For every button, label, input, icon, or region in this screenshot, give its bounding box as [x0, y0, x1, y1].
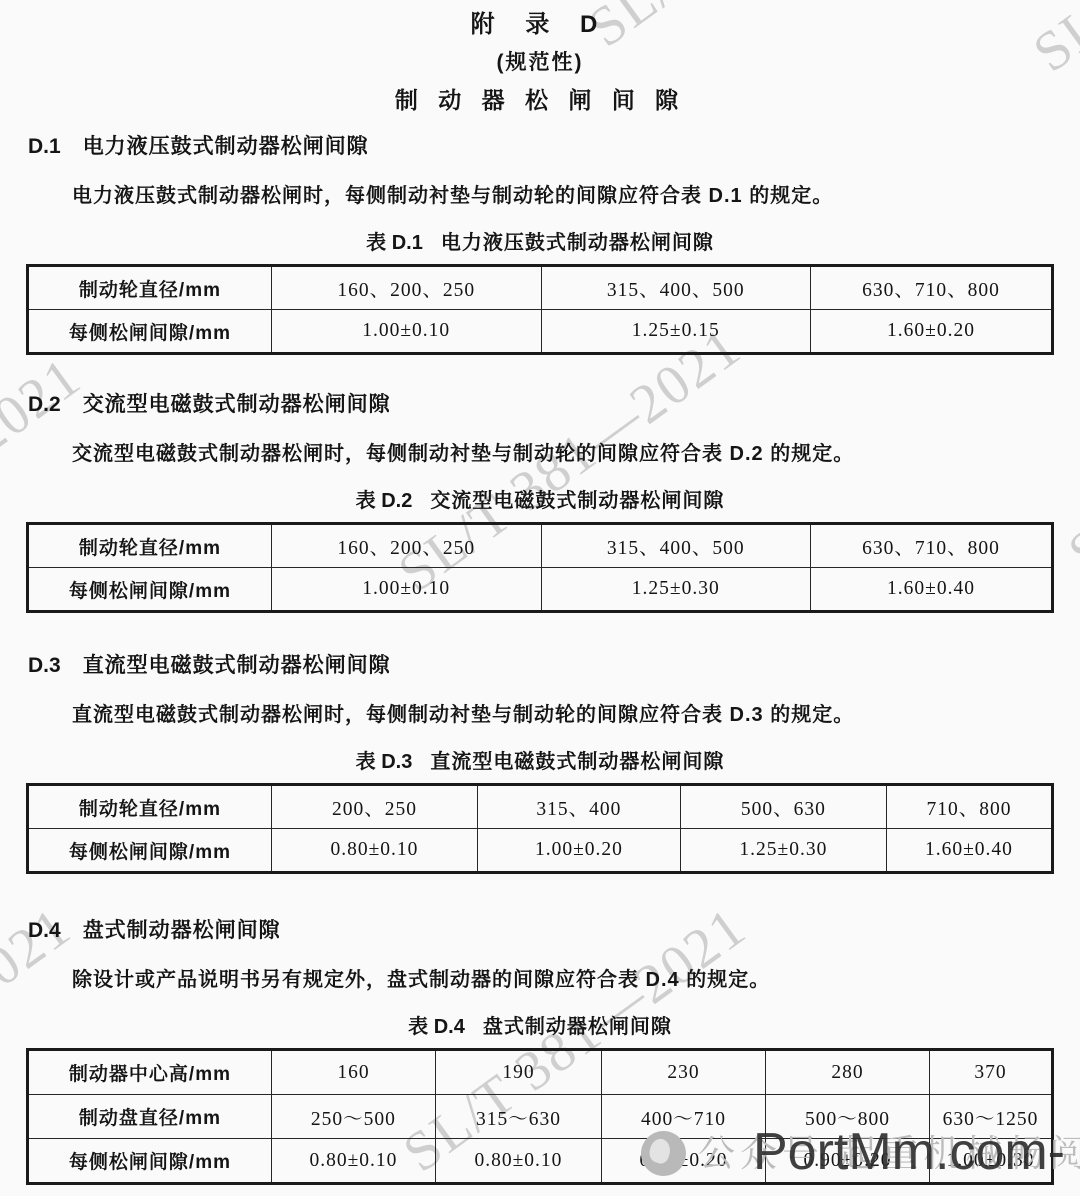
section-title: 直流型电磁鼓式制动器松闸间隙: [83, 654, 391, 677]
site-watermark: PortMm.com-: [753, 1122, 1065, 1182]
row-header-cell: 制动轮直径/mm: [28, 266, 272, 310]
row-header-cell: 每侧松闸间隙/mm: [28, 568, 272, 612]
table-row: 制动器中心高/mm 160 190 230 280 370: [28, 1050, 1053, 1095]
row-header-cell: 制动轮直径/mm: [28, 524, 272, 568]
section-d3: D.3直流型电磁鼓式制动器松闸间隙 直流型电磁鼓式制动器松闸时，每侧制动衬垫与制…: [0, 653, 1080, 874]
section-title: 交流型电磁鼓式制动器松闸间隙: [83, 393, 391, 416]
value-cell: 0.80±0.10: [435, 1139, 601, 1184]
section-heading: D.3直流型电磁鼓式制动器松闸间隙: [28, 653, 1052, 678]
section-paragraph: 交流型电磁鼓式制动器松闸时，每侧制动衬垫与制动轮的间隙应符合表 D.2 的规定。: [28, 442, 1052, 466]
section-number: D.1: [28, 135, 61, 158]
value-cell: 230: [601, 1050, 765, 1095]
value-cell: 370: [929, 1050, 1052, 1095]
section-heading: D.1电力液压鼓式制动器松闸间隙: [28, 134, 1052, 159]
section-number: D.2: [28, 393, 61, 416]
appendix-label: 附 录 D: [0, 10, 1080, 39]
value-cell: 1.25±0.15: [541, 310, 811, 354]
value-cell: 250～500: [271, 1095, 435, 1139]
table-row: 制动轮直径/mm 200、250 315、400 500、630 710、800: [28, 785, 1053, 829]
section-title: 电力液压鼓式制动器松闸间隙: [83, 135, 369, 158]
value-cell: 1.60±0.20: [811, 310, 1053, 354]
value-cell: 630、710、800: [811, 266, 1053, 310]
section-paragraph: 电力液压鼓式制动器松闸时，每侧制动衬垫与制动轮的间隙应符合表 D.1 的规定。: [28, 184, 1052, 208]
value-cell: 160、200、250: [271, 524, 541, 568]
table-caption-label: 表 D.2: [356, 490, 413, 512]
table-caption: 表 D.2交流型电磁鼓式制动器松闸间隙: [0, 489, 1080, 513]
value-cell: 1.25±0.30: [680, 829, 886, 873]
row-header-cell: 每侧松闸间隙/mm: [28, 310, 272, 354]
value-cell: 0.80±0.10: [271, 829, 477, 873]
value-cell: 710、800: [886, 785, 1052, 829]
value-cell: 1.60±0.40: [886, 829, 1052, 873]
value-cell: 160、200、250: [271, 266, 541, 310]
table-caption-label: 表 D.1: [366, 232, 423, 254]
table-caption-label: 表 D.3: [356, 751, 413, 773]
table-d3: 制动轮直径/mm 200、250 315、400 500、630 710、800…: [26, 783, 1054, 874]
normative-label: (规范性): [0, 50, 1080, 75]
table-caption: 表 D.4盘式制动器松闸间隙: [0, 1015, 1080, 1039]
value-cell: 1.25±0.30: [541, 568, 811, 612]
table-row: 每侧松闸间隙/mm 0.80±0.10 1.00±0.20 1.25±0.30 …: [28, 829, 1053, 873]
table-caption: 表 D.3直流型电磁鼓式制动器松闸间隙: [0, 750, 1080, 774]
table-caption-label: 表 D.4: [408, 1016, 465, 1038]
value-cell: 1.00±0.20: [477, 829, 680, 873]
table-caption: 表 D.1电力液压鼓式制动器松闸间隙: [0, 231, 1080, 255]
row-header-cell: 制动器中心高/mm: [28, 1050, 272, 1095]
table-caption-title: 直流型电磁鼓式制动器松闸间隙: [430, 751, 724, 773]
section-title: 盘式制动器松闸间隙: [83, 919, 281, 942]
section-heading: D.4盘式制动器松闸间隙: [28, 918, 1052, 943]
section-d1: D.1电力液压鼓式制动器松闸间隙 电力液压鼓式制动器松闸时，每侧制动衬垫与制动轮…: [0, 134, 1080, 355]
table-d2: 制动轮直径/mm 160、200、250 315、400、500 630、710…: [26, 522, 1054, 613]
table-row: 制动轮直径/mm 160、200、250 315、400、500 630、710…: [28, 266, 1053, 310]
table-d1: 制动轮直径/mm 160、200、250 315、400、500 630、710…: [26, 264, 1054, 355]
value-cell: 0.80±0.10: [271, 1139, 435, 1184]
value-cell: 315、400、500: [541, 524, 811, 568]
value-cell: 315、400: [477, 785, 680, 829]
table-caption-title: 电力液压鼓式制动器松闸间隙: [441, 232, 714, 254]
table-caption-title: 交流型电磁鼓式制动器松闸间隙: [430, 490, 724, 512]
table-row: 制动轮直径/mm 160、200、250 315、400、500 630、710…: [28, 524, 1053, 568]
value-cell: 315～630: [435, 1095, 601, 1139]
section-number: D.3: [28, 654, 61, 677]
value-cell: 160: [271, 1050, 435, 1095]
value-cell: 1.60±0.40: [811, 568, 1053, 612]
page-title: 制 动 器 松 闸 间 隙: [0, 86, 1080, 114]
value-cell: 630、710、800: [811, 524, 1053, 568]
value-cell: 1.00±0.10: [271, 310, 541, 354]
value-cell: 200、250: [271, 785, 477, 829]
row-header-cell: 每侧松闸间隙/mm: [28, 829, 272, 873]
section-d2: D.2交流型电磁鼓式制动器松闸间隙 交流型电磁鼓式制动器松闸时，每侧制动衬垫与制…: [0, 392, 1080, 613]
section-paragraph: 除设计或产品说明书另有规定外，盘式制动器的间隙应符合表 D.4 的规定。: [28, 968, 1052, 992]
row-header-cell: 制动轮直径/mm: [28, 785, 272, 829]
value-cell: 1.00±0.10: [271, 568, 541, 612]
section-heading: D.2交流型电磁鼓式制动器松闸间隙: [28, 392, 1052, 417]
value-cell: 500、630: [680, 785, 886, 829]
row-header-cell: 每侧松闸间隙/mm: [28, 1139, 272, 1184]
document-page: SL/T 381—2021 SL/T 381—2021 SL/T 381—202…: [0, 0, 1080, 1196]
value-cell: 315、400、500: [541, 266, 811, 310]
section-number: D.4: [28, 919, 61, 942]
wechat-logo-icon: [641, 1131, 686, 1176]
section-paragraph: 直流型电磁鼓式制动器松闸时，每侧制动衬垫与制动轮的间隙应符合表 D.3 的规定。: [28, 703, 1052, 727]
table-row: 每侧松闸间隙/mm 1.00±0.10 1.25±0.15 1.60±0.20: [28, 310, 1053, 354]
value-cell: 280: [765, 1050, 929, 1095]
table-row: 每侧松闸间隙/mm 1.00±0.10 1.25±0.30 1.60±0.40: [28, 568, 1053, 612]
value-cell: 190: [435, 1050, 601, 1095]
table-caption-title: 盘式制动器松闸间隙: [483, 1016, 672, 1038]
document-content: 附 录 D (规范性) 制 动 器 松 闸 间 隙 D.1电力液压鼓式制动器松闸…: [0, 0, 1080, 1185]
row-header-cell: 制动盘直径/mm: [28, 1095, 272, 1139]
